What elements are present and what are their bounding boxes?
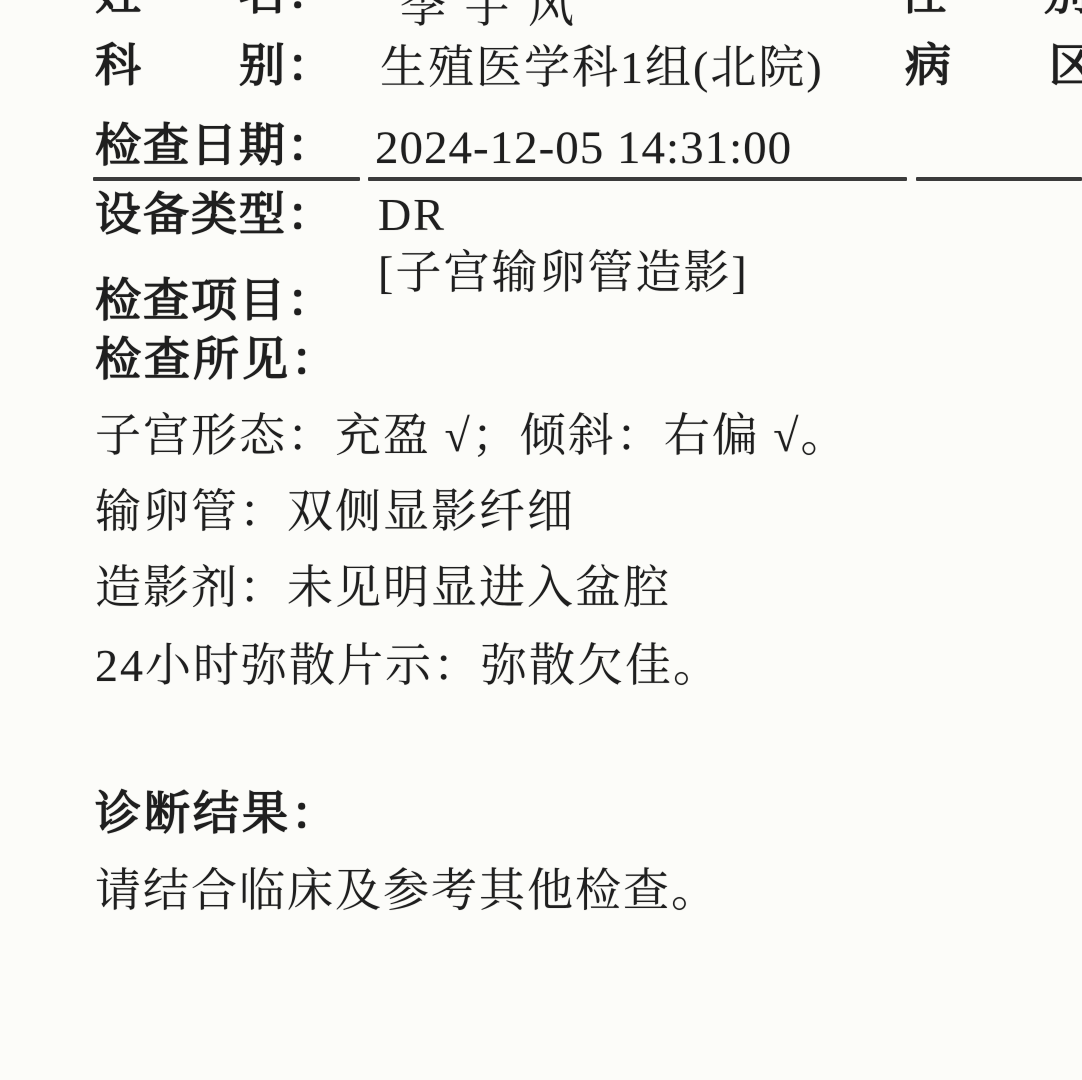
- exam-date-field-value: 2024-12-05 14:31:00: [375, 121, 792, 175]
- findings-tubes-line: 输卵管：双侧显影纤细: [95, 488, 575, 536]
- diagnosis-heading: 诊断结果：: [95, 790, 340, 838]
- diagnosis-conclusion-line: 请结合临床及参考其他检查。: [95, 867, 719, 915]
- report-document: 姓 名： 李宇风 性 别： 科 别： 生殖医学科1组(北院) 病 区： 检查日期…: [0, 0, 1082, 1080]
- findings-contrast-line: 造影剂：未见明显进入盆腔: [95, 564, 671, 612]
- findings-diffusion-line: 24小时弥散片示：弥散欠佳。: [95, 642, 721, 690]
- separator-rule-right: [916, 177, 1082, 181]
- device-type-field-value: DR: [378, 191, 446, 239]
- separator-rule-middle: [368, 177, 907, 181]
- department-field-label: 科 别：: [95, 42, 335, 90]
- exam-date-field-label: 检查日期：: [95, 122, 335, 170]
- exam-item-field-value: [子宫输卵管造影]: [378, 249, 749, 297]
- findings-uterus-line: 子宫形态：充盈 √；倾斜：右偏 √。: [95, 412, 849, 460]
- ward-field-label: 病 区：: [905, 42, 1082, 90]
- findings-heading: 检查所见：: [95, 336, 340, 384]
- department-field-value: 生殖医学科1组(北院): [380, 44, 824, 92]
- name-field-value: 李宇风: [400, 0, 592, 36]
- device-type-field-label: 设备类型：: [95, 191, 335, 239]
- gender-field-label: 性 别：: [900, 0, 1082, 18]
- separator-rule-left: [93, 177, 360, 181]
- exam-item-field-label: 检查项目：: [95, 277, 335, 325]
- name-field-label: 姓 名：: [95, 0, 335, 18]
